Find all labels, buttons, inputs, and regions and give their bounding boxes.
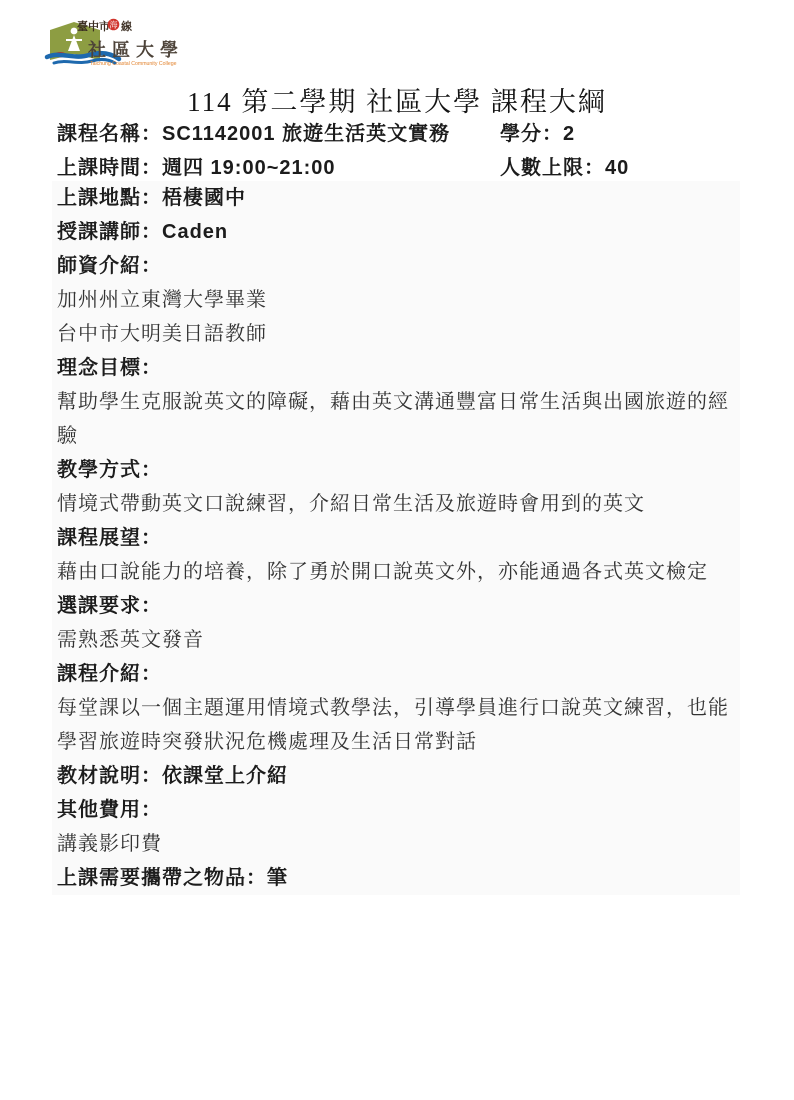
class-time-value: 週四 19:00~21:00 (162, 157, 336, 179)
body-text-line: 上課需要攜帶之物品：筆 (57, 861, 735, 895)
credits-cell: 學分：2 (500, 117, 745, 151)
course-name-row: 課程名稱：SC1142001 旅遊生活英文實務 學分：2 (57, 117, 745, 151)
class-time-cell: 上課時間：週四 19:00~21:00 (57, 151, 500, 185)
body-text-line: 師資介紹： (57, 249, 735, 283)
body-text-line: 教學方式： (57, 453, 735, 487)
body-text-line: 其他費用： (57, 793, 735, 827)
class-time-row: 上課時間：週四 19:00~21:00 人數上限：40 (57, 151, 745, 185)
capacity-value: 40 (605, 157, 629, 179)
body-text-line: 講義影印費 (57, 827, 735, 861)
body-text-line: 加州州立東灣大學畢業 (57, 283, 735, 317)
logo-english-text: Taichung Coastal Community College (90, 61, 177, 67)
logo-seal-char: 海 (110, 20, 118, 30)
body-text-line: 情境式帶動英文口說練習，介紹日常生活及旅遊時會用到的英文 (57, 487, 735, 521)
body-text-line: 藉由口說能力的培養，除了勇於開口說英文外，亦能通過各式英文檢定 (57, 555, 735, 589)
body-text-line: 台中市大明美日語教師 (57, 317, 735, 351)
course-name-cell: 課程名稱：SC1142001 旅遊生活英文實務 (57, 117, 500, 151)
logo-region-prefix: 臺中市 (77, 19, 110, 33)
logo-region-suffix: 線 (120, 19, 132, 33)
capacity-label: 人數上限： (500, 157, 605, 179)
course-name-value: SC1142001 旅遊生活英文實務 (162, 123, 450, 145)
credits-label: 學分： (500, 123, 563, 145)
community-college-logo: 臺中市 海 線 社區大學 Taichung Coastal Community … (44, 12, 206, 70)
body-text-line: 課程展望： (57, 521, 735, 555)
page-title: 114 第二學期 社區大學 課程大綱 (0, 80, 794, 119)
body-text-line: 授課講師：Caden (57, 215, 735, 249)
body-text-line: 幫助學生克服說英文的障礙，藉由英文溝通豐富日常生活與出國旅遊的經驗 (57, 385, 735, 453)
body-text-line: 教材說明：依課堂上介紹 (57, 759, 735, 793)
course-info-rows: 課程名稱：SC1142001 旅遊生活英文實務 學分：2 上課時間：週四 19:… (57, 117, 745, 185)
credits-value: 2 (563, 123, 575, 145)
course-name-label: 課程名稱： (57, 123, 162, 145)
capacity-cell: 人數上限：40 (500, 151, 745, 185)
course-syllabus-page: 臺中市 海 線 社區大學 Taichung Coastal Community … (0, 0, 794, 1100)
body-text-line: 課程介紹： (57, 657, 735, 691)
body-text-line: 需熟悉英文發音 (57, 623, 735, 657)
body-text-line: 每堂課以一個主題運用情境式教學法，引導學員進行口說英文練習，也能學習旅遊時突發狀… (57, 691, 735, 759)
body-text-line: 選課要求： (57, 589, 735, 623)
body-text-line: 上課地點：梧棲國中 (57, 181, 735, 215)
logo-main-text: 社區大學 (87, 39, 184, 60)
class-time-label: 上課時間： (57, 157, 162, 179)
body-text-line: 理念目標： (57, 351, 735, 385)
course-details-box: 上課地點：梧棲國中授課講師：Caden師資介紹：加州州立東灣大學畢業台中市大明美… (52, 181, 740, 895)
